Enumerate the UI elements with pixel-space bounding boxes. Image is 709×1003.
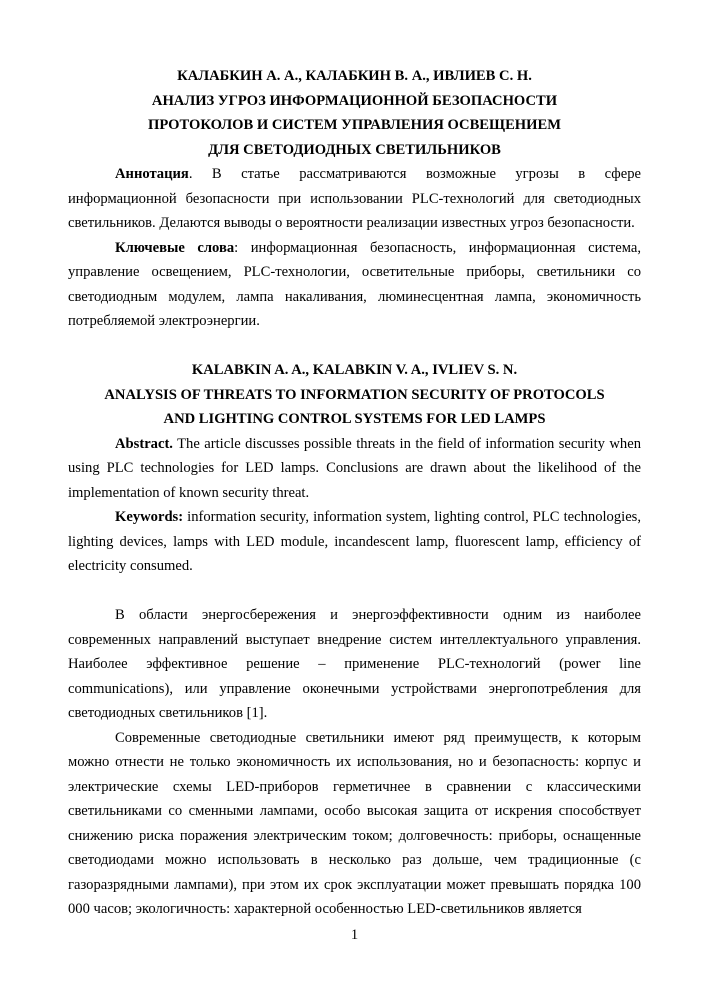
ru-abstract: Аннотация. В статье рассматриваются возм… [68,162,641,236]
en-keywords-label: Keywords: [115,509,183,525]
en-authors: KALABKIN A. A., KALABKIN V. A., IVLIEV S… [68,358,641,383]
en-title-line-1: ANALYSIS OF THREATS TO INFORMATION SECUR… [68,383,641,408]
spacer [68,579,641,604]
en-title-line-2: AND LIGHTING CONTROL SYSTEMS FOR LED LAM… [68,407,641,432]
ru-keywords-label: Ключевые слова [115,240,234,256]
page-number: 1 [0,926,709,944]
spacer [68,334,641,359]
en-abstract-label: Abstract. [115,436,173,452]
en-abstract: Abstract. The article discusses possible… [68,432,641,506]
body-paragraph-2: Современные светодиодные светильники име… [68,726,641,922]
ru-title-line-2: ПРОТОКОЛОВ И СИСТЕМ УПРАВЛЕНИЯ ОСВЕЩЕНИЕ… [68,113,641,138]
ru-title-line-1: АНАЛИЗ УГРОЗ ИНФОРМАЦИОННОЙ БЕЗОПАСНОСТИ [68,89,641,114]
ru-authors: КАЛАБКИН А. А., КАЛАБКИН В. А., ИВЛИЕВ С… [68,64,641,89]
ru-abstract-label: Аннотация [115,166,189,182]
ru-title-line-3: ДЛЯ СВЕТОДИОДНЫХ СВЕТИЛЬНИКОВ [68,138,641,163]
body-paragraph-1: В области энергосбережения и энергоэффек… [68,603,641,726]
document-page: КАЛАБКИН А. А., КАЛАБКИН В. А., ИВЛИЕВ С… [68,64,641,922]
en-keywords: Keywords: information security, informat… [68,505,641,579]
ru-keywords: Ключевые слова: информационная безопасно… [68,236,641,334]
